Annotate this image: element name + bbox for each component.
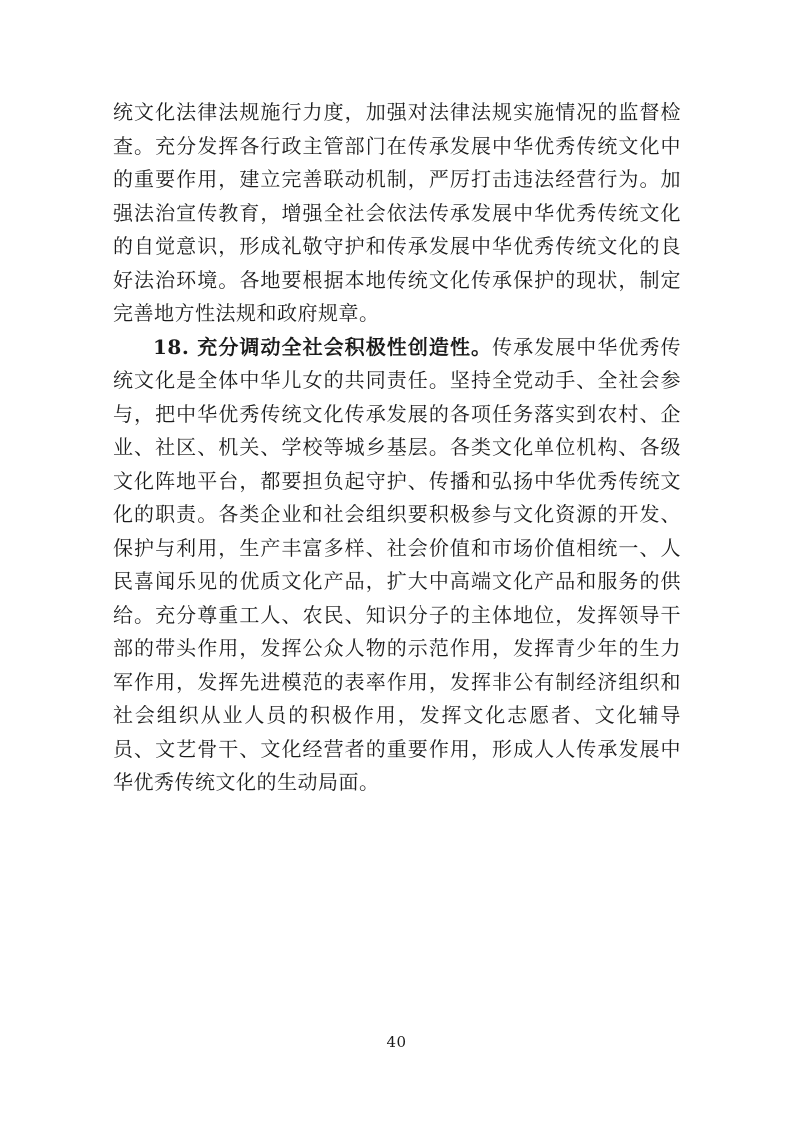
- page-footer: 40: [0, 1032, 793, 1051]
- paragraph: 统文化法律法规施行力度，加强对法律法规实施情况的监督检查。充分发挥各行政主管部门…: [113, 96, 681, 331]
- page-number: 40: [386, 1033, 406, 1051]
- paragraph-lead: 18. 充分调动全社会积极性创造性。: [153, 335, 492, 359]
- paragraph-text: 统文化法律法规施行力度，加强对法律法规实施情况的监督检查。充分发挥各行政主管部门…: [113, 100, 681, 325]
- document-body: 统文化法律法规施行力度，加强对法律法规实施情况的监督检查。充分发挥各行政主管部门…: [113, 96, 681, 800]
- paragraph-text: 传承发展中华优秀传统文化是全体中华儿女的共同责任。坚持全党动手、全社会参与，把中…: [113, 335, 681, 795]
- document-page: 统文化法律法规施行力度，加强对法律法规实施情况的监督检查。充分发挥各行政主管部门…: [0, 0, 793, 1122]
- paragraph: 18. 充分调动全社会积极性创造性。传承发展中华优秀传统文化是全体中华儿女的共同…: [113, 331, 681, 800]
